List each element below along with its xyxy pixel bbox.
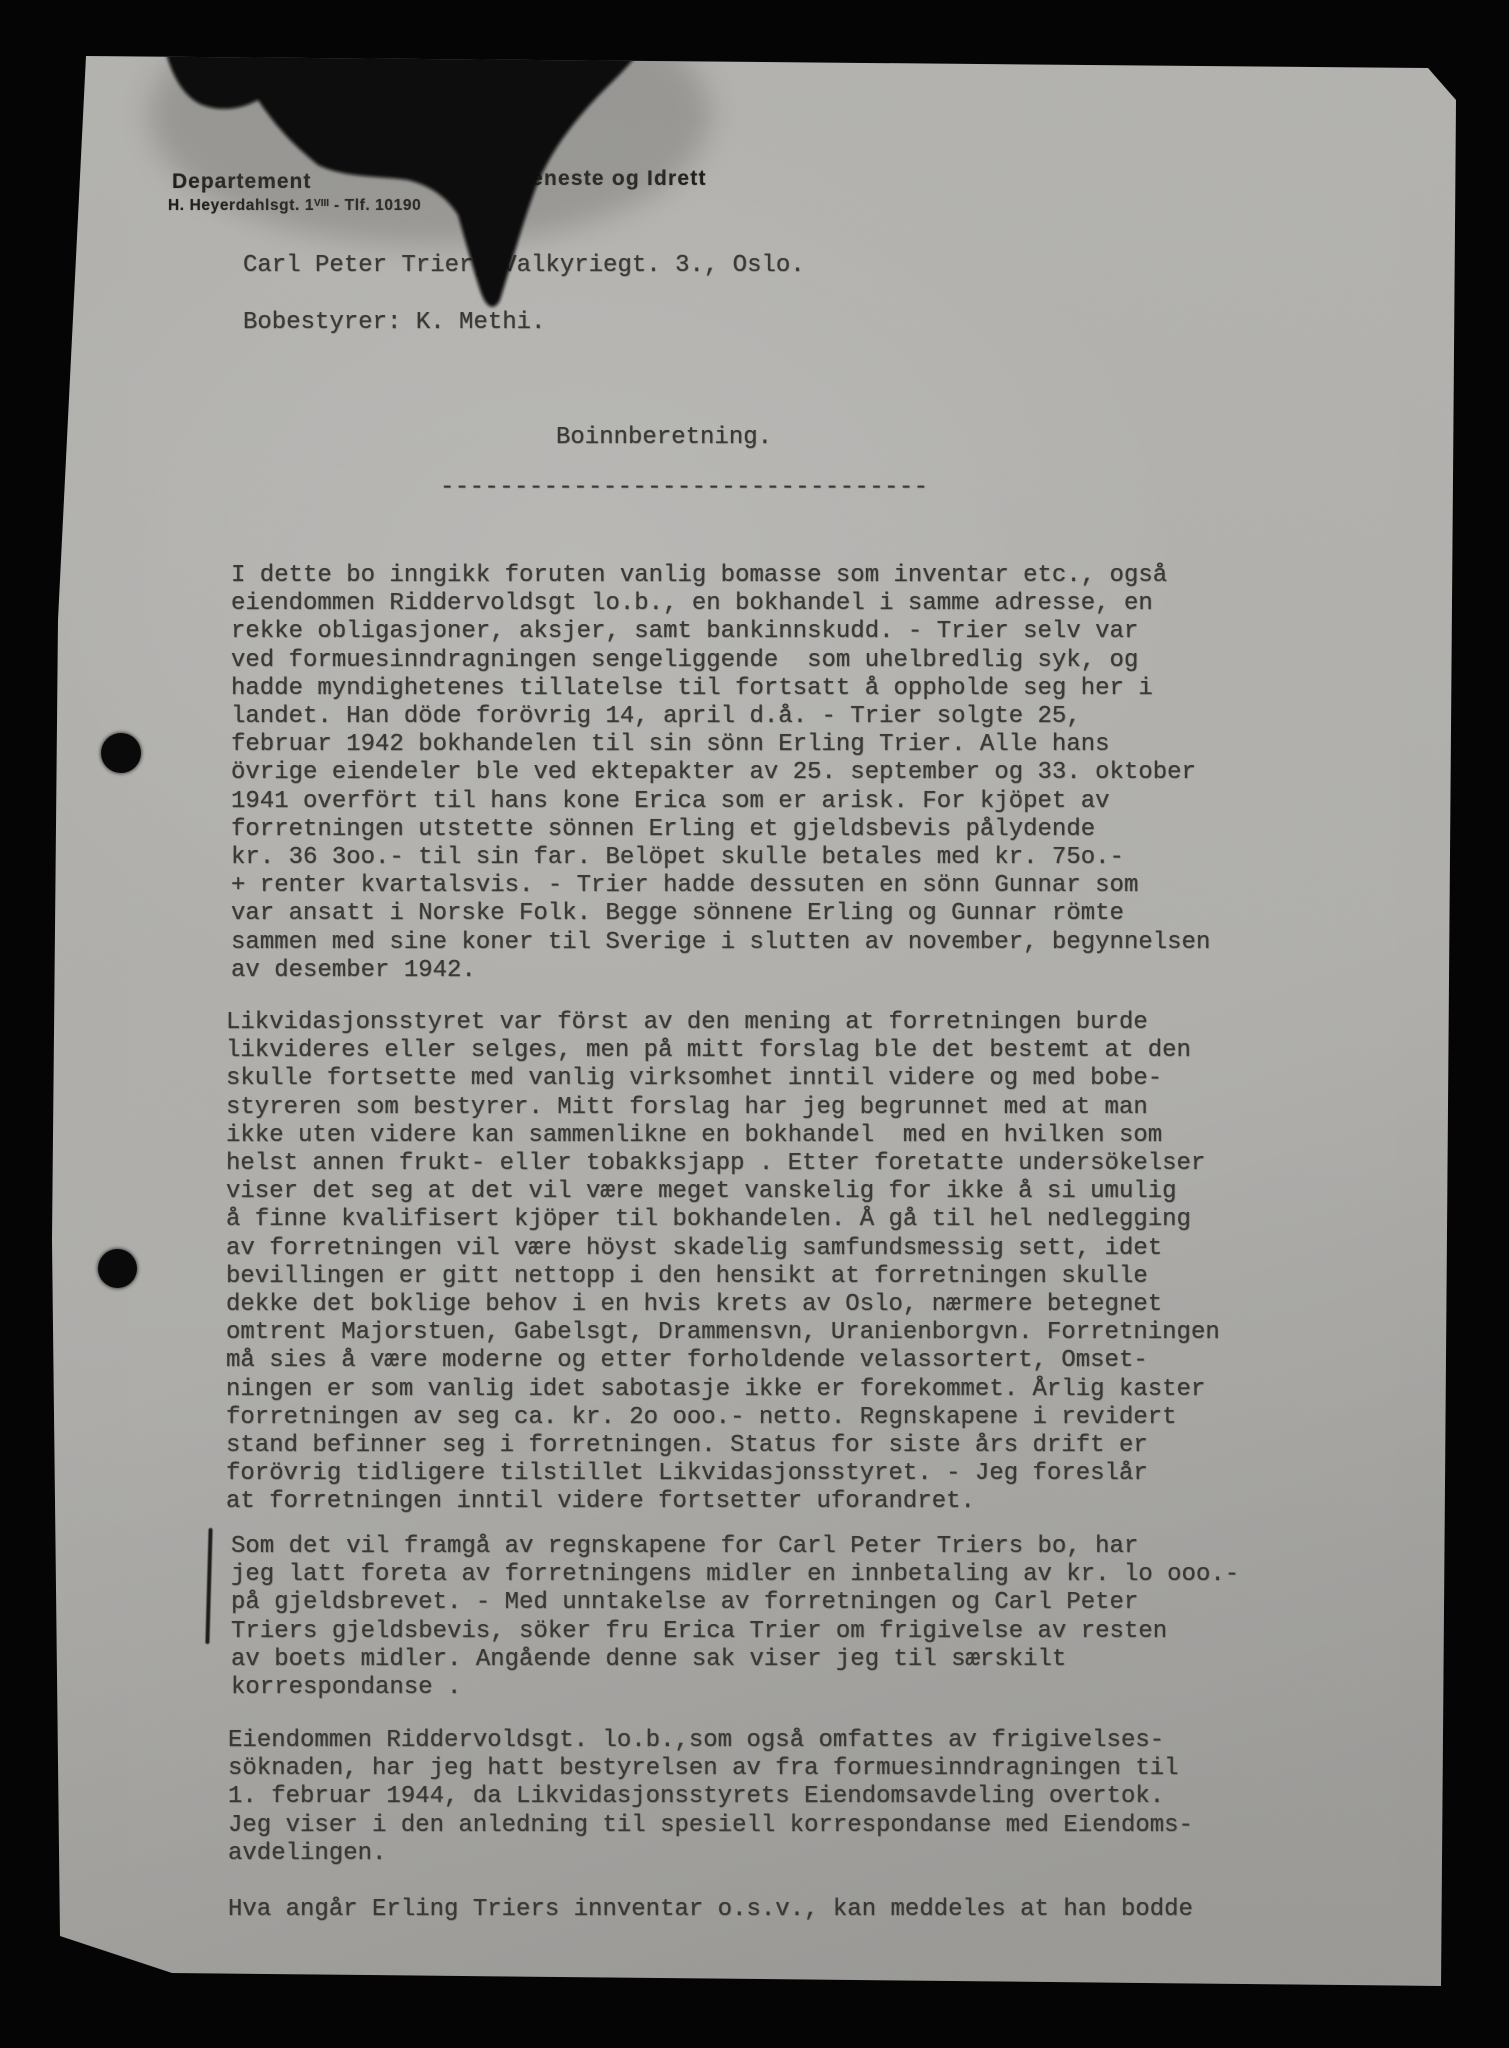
scanned-document: Departement beidstjeneste og Idrett H. H… [0, 0, 1509, 2048]
dashed-divider: --------------------------------- [440, 474, 928, 502]
punch-hole-top [101, 733, 141, 773]
body-paragraph-1: I dette bo inngikk foruten vanlig bomass… [231, 562, 1210, 985]
letterhead-address-line: H. Heyerdahlsgt. 1VIII - Tlf. 10190 [168, 197, 421, 215]
letterhead-phone: - Tlf. 10190 [329, 197, 421, 214]
document-page: Departement beidstjeneste og Idrett H. H… [0, 0, 1509, 2048]
body-paragraph-2: Likvidasjonsstyret var först av den meni… [226, 1009, 1220, 1517]
letterhead-department-line-right: beidstjeneste og Idrett [455, 167, 707, 191]
margin-pen-mark [205, 1528, 212, 1644]
punch-hole-bottom [98, 1249, 137, 1288]
recipient-line: Carl Peter Trier, Valkyriegt. 3., Oslo. [243, 252, 805, 280]
body-paragraph-4: Eiendommen Riddervoldsgt. lo.b.,som også… [228, 1727, 1193, 1868]
ink-tick-mark [597, 44, 606, 78]
letterhead-street: H. Heyerdahlsgt. 1 [168, 197, 314, 214]
letterhead-department-line-left: Departement [172, 170, 311, 194]
estate-administrator-line: Bobestyrer: K. Methi. [243, 309, 545, 337]
letterhead-floor-superscript: VIII [314, 198, 329, 209]
body-paragraph-3: Som det vil framgå av regnskapene for Ca… [231, 1533, 1239, 1702]
body-paragraph-5: Hva angår Erling Triers innventar o.s.v.… [228, 1896, 1193, 1924]
document-title: Boinnberetning. [556, 424, 772, 452]
